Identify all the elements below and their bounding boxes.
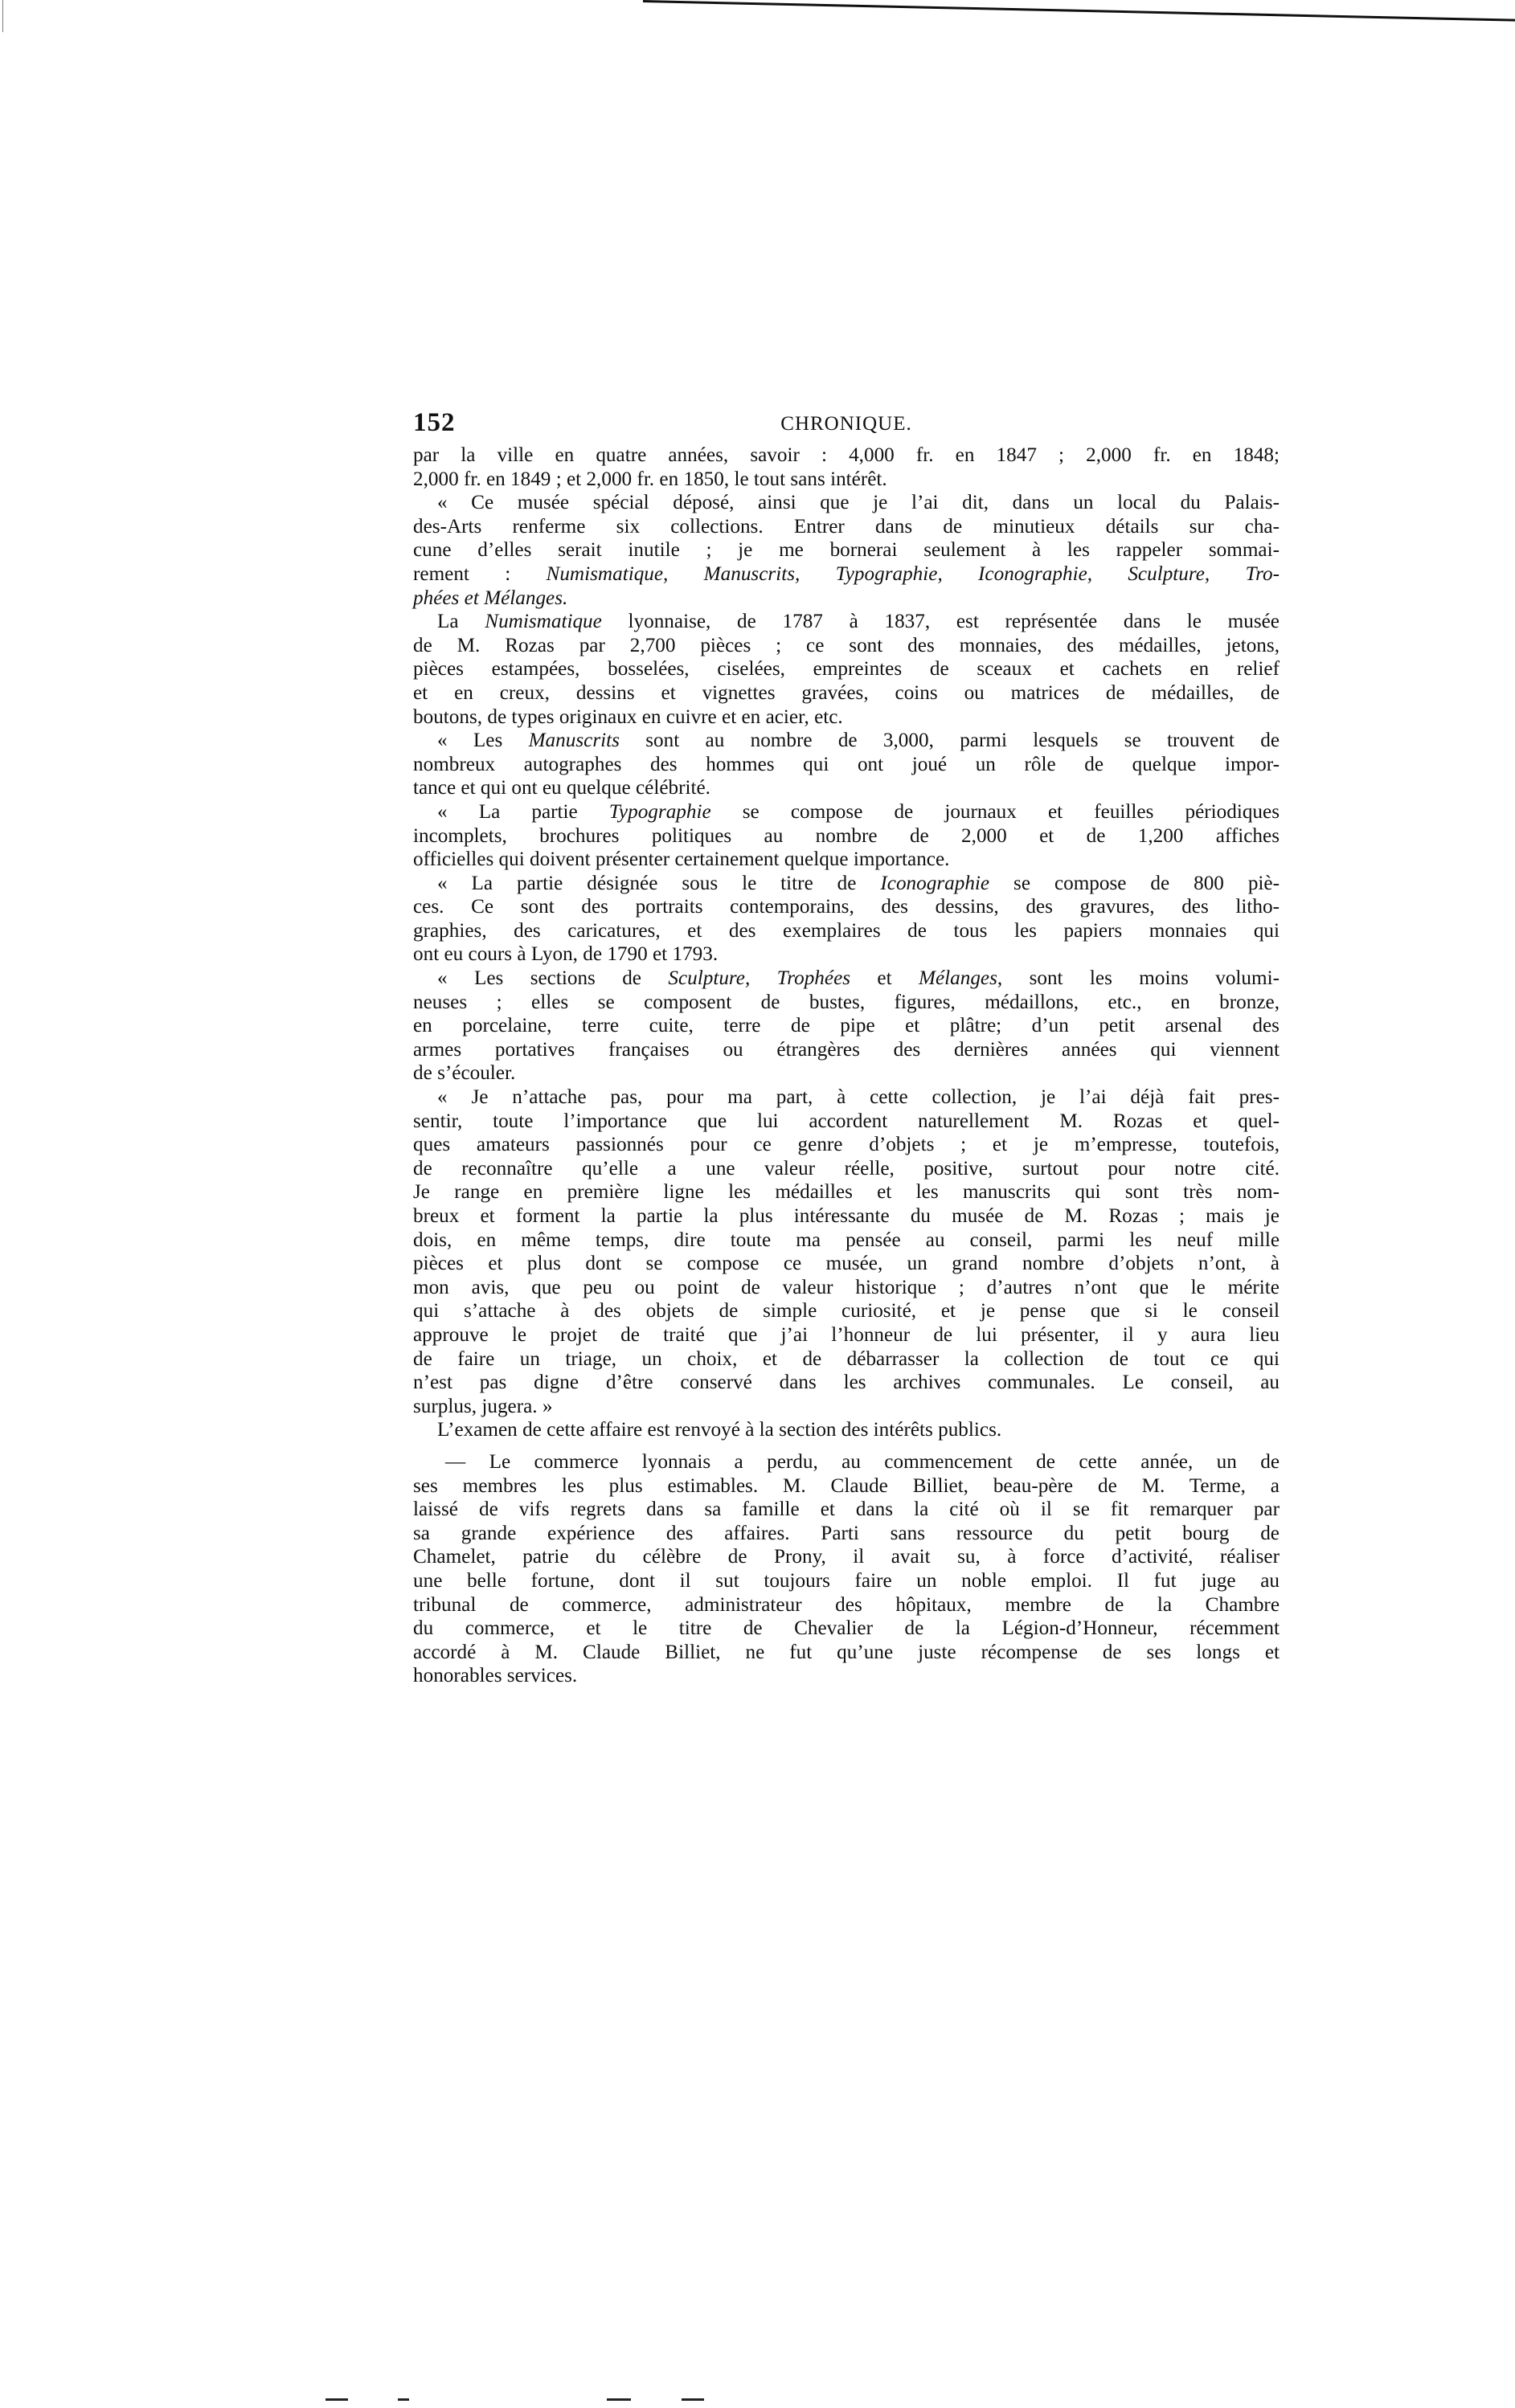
text-line: ses membres les plus estimables. M. Clau… bbox=[413, 1474, 1280, 1498]
text-line: officielles qui doivent présenter certai… bbox=[413, 848, 1280, 872]
text-line: L’examen de cette affaire est renvoyé à … bbox=[413, 1418, 1280, 1442]
text-line: qui s’attache à des objets de simple cur… bbox=[413, 1299, 1280, 1323]
text-line: « Les sections de Sculpture, Trophées et… bbox=[413, 967, 1280, 991]
text-line: sa grande expérience des affaires. Parti… bbox=[413, 1522, 1280, 1546]
text-line: et en creux, dessins et vignettes gravée… bbox=[413, 681, 1280, 705]
text-line: graphies, des caricatures, et des exempl… bbox=[413, 919, 1280, 943]
text-line: de faire un triage, un choix, et de déba… bbox=[413, 1347, 1280, 1372]
text-line: « Ce musée spécial déposé, ainsi que je … bbox=[413, 491, 1280, 515]
scan-bottom-artifacts bbox=[0, 2398, 804, 2403]
text-line: de s’écouler. bbox=[413, 1061, 1280, 1085]
text-line: accordé à M. Claude Billiet, ne fut qu’u… bbox=[413, 1641, 1280, 1665]
paragraph-gap bbox=[413, 1442, 1280, 1450]
text-line: La Numismatique lyonnaise, de 1787 à 183… bbox=[413, 610, 1280, 634]
text-line: ces. Ce sont des portraits contemporains… bbox=[413, 895, 1280, 919]
text-line: « Les Manuscrits sont au nombre de 3,000… bbox=[413, 729, 1280, 753]
book-page: 152 CHRONIQUE. par la ville en quatre an… bbox=[413, 408, 1280, 1688]
text-line: par la ville en quatre années, savoir : … bbox=[413, 444, 1280, 468]
text-line: pièces et plus dont se compose ce musée,… bbox=[413, 1252, 1280, 1276]
text-line: Chamelet, patrie du célèbre de Prony, il… bbox=[413, 1545, 1280, 1569]
text-line: approuve le projet de traité que j’ai l’… bbox=[413, 1323, 1280, 1347]
text-line: phées et Mélanges. bbox=[413, 587, 1280, 611]
text-line: honorables services. bbox=[413, 1664, 1280, 1688]
text-line: breux et forment la partie la plus intér… bbox=[413, 1204, 1280, 1229]
text-line: dois, en même temps, dire toute ma pensé… bbox=[413, 1229, 1280, 1253]
text-line: mon avis, que peu ou point de valeur his… bbox=[413, 1276, 1280, 1300]
text-line: cune d’elles serait inutile ; je me born… bbox=[413, 538, 1280, 562]
text-line: sentir, toute l’importance que lui accor… bbox=[413, 1110, 1280, 1134]
text-line: neuses ; elles se composent de bustes, f… bbox=[413, 991, 1280, 1015]
text-line: armes portatives françaises ou étrangère… bbox=[413, 1038, 1280, 1062]
text-line: de reconnaître qu’elle a une valeur réel… bbox=[413, 1157, 1280, 1181]
text-line: nombreux autographes des hommes qui ont … bbox=[413, 753, 1280, 777]
text-line: ques amateurs passionnés pour ce genre d… bbox=[413, 1133, 1280, 1157]
running-head: 152 CHRONIQUE. bbox=[413, 408, 1280, 444]
text-line: « La partie Typographie se compose de jo… bbox=[413, 800, 1280, 824]
text-line: surplus, jugera. » bbox=[413, 1395, 1280, 1419]
text-line: tribunal de commerce, administrateur des… bbox=[413, 1593, 1280, 1617]
text-line: une belle fortune, dont il sut toujours … bbox=[413, 1569, 1280, 1593]
text-line: Je range en première ligne les médailles… bbox=[413, 1180, 1280, 1204]
text-line: tance et qui ont eu quelque célébrité. bbox=[413, 776, 1280, 800]
text-line: rement : Numismatique, Manuscrits, Typog… bbox=[413, 562, 1280, 587]
text-line: en porcelaine, terre cuite, terre de pip… bbox=[413, 1014, 1280, 1038]
text-line: n’est pas digne d’être conservé dans les… bbox=[413, 1371, 1280, 1395]
text-line: du commerce, et le titre de Chevalier de… bbox=[413, 1617, 1280, 1641]
scan-edge-artifact bbox=[2, 0, 3, 32]
text-line: 2,000 fr. en 1849 ; et 2,000 fr. en 1850… bbox=[413, 468, 1280, 492]
text-line: « La partie désignée sous le titre de Ic… bbox=[413, 872, 1280, 896]
text-line: pièces estampées, bosselées, ciselées, e… bbox=[413, 657, 1280, 681]
scan-top-border-artifact bbox=[643, 0, 1515, 35]
text-line: — Le commerce lyonnais a perdu, au comme… bbox=[413, 1450, 1280, 1474]
text-line: boutons, de types originaux en cuivre et… bbox=[413, 705, 1280, 730]
text-line: laissé de vifs regrets dans sa famille e… bbox=[413, 1498, 1280, 1522]
running-title: CHRONIQUE. bbox=[413, 413, 1280, 435]
text-line: ont eu cours à Lyon, de 1790 et 1793. bbox=[413, 942, 1280, 967]
text-line: des-Arts renferme six collections. Entre… bbox=[413, 515, 1280, 539]
text-line: incomplets, brochures politiques au nomb… bbox=[413, 824, 1280, 848]
text-line: « Je n’attache pas, pour ma part, à cett… bbox=[413, 1085, 1280, 1110]
text-line: de M. Rozas par 2,700 pièces ; ce sont d… bbox=[413, 634, 1280, 658]
body-text: par la ville en quatre années, savoir : … bbox=[413, 444, 1280, 1688]
